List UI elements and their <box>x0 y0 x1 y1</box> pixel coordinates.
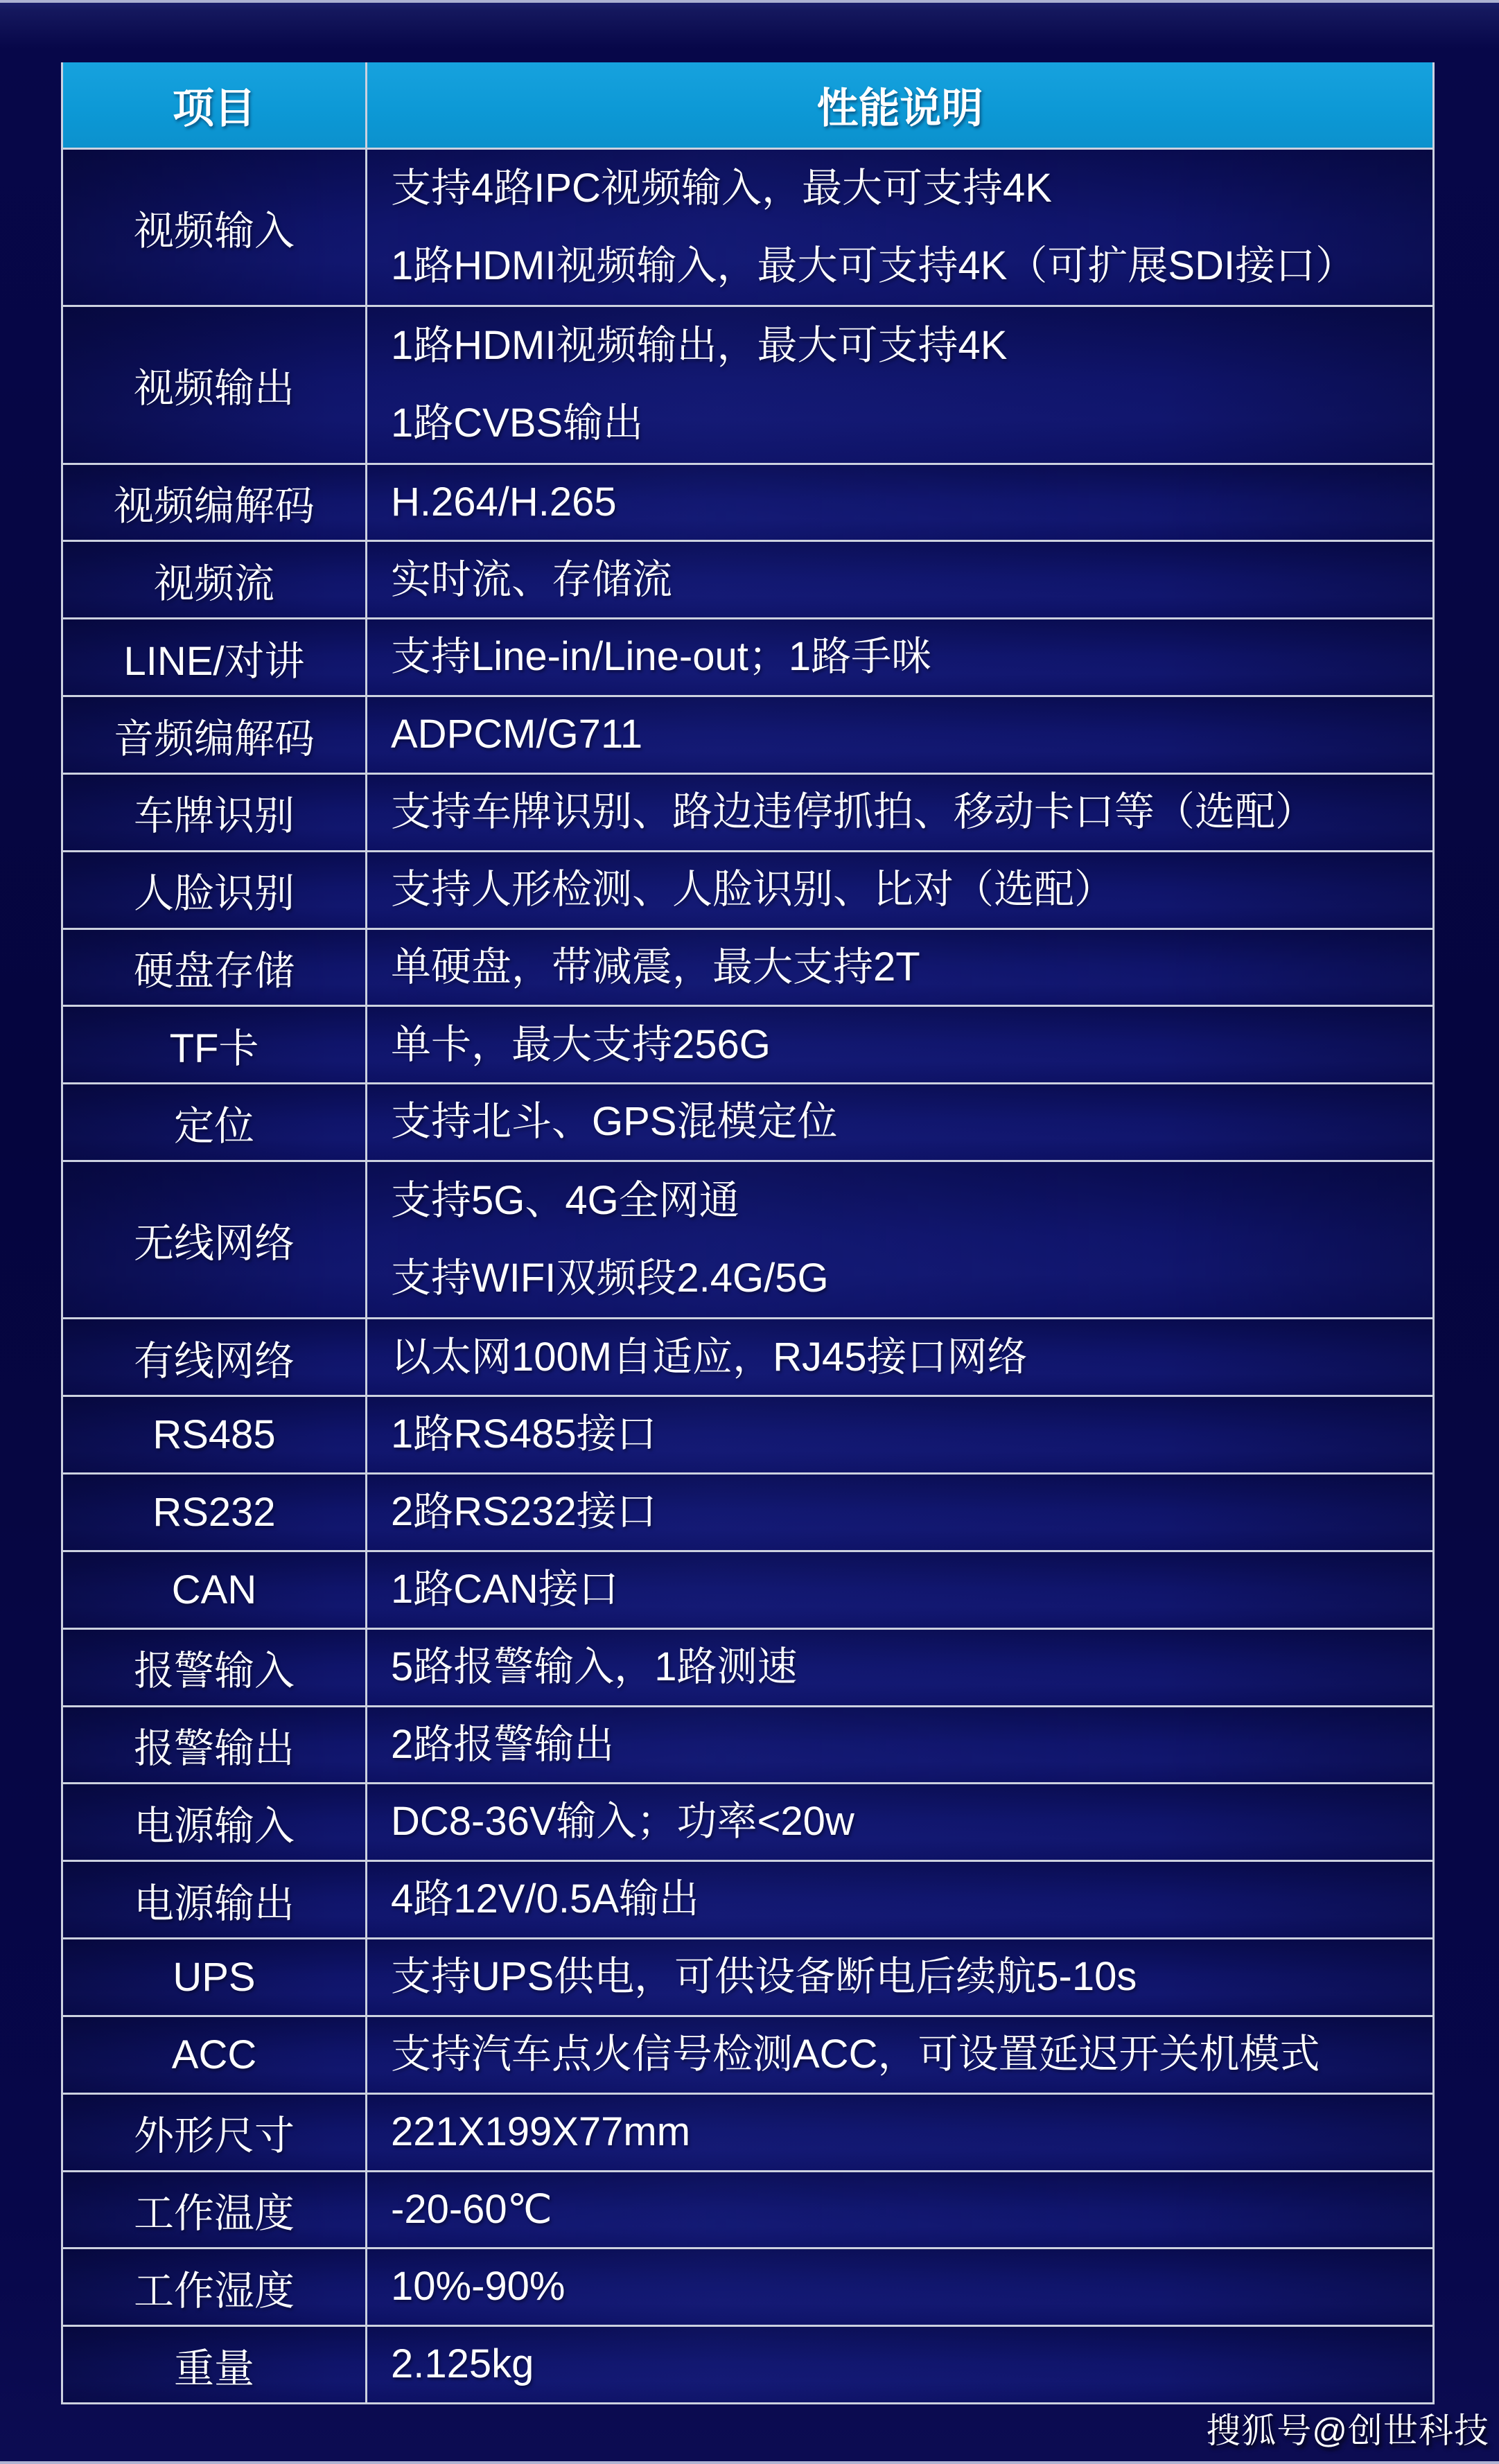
spec-line: 1路CVBS输出 <box>391 401 1424 447</box>
spec-line: 2路报警输出 <box>391 1722 1424 1768</box>
table-row: 外形尺寸221X199X77mm <box>63 2093 1432 2170</box>
item-cell: 人脸识别 <box>63 852 367 928</box>
table-row: 报警输入5路报警输入，1路测速 <box>63 1628 1432 1705</box>
table-row: 视频流实时流、存储流 <box>63 540 1432 617</box>
spec-line: 支持人形检测、人脸识别、比对（选配） <box>391 867 1424 913</box>
item-cell: 报警输出 <box>63 1707 367 1783</box>
item-cell: 无线网络 <box>63 1162 367 1317</box>
spec-cell: 10%-90% <box>367 2249 1432 2325</box>
spec-line: 1路HDMI视频输入，最大可支持4K（可扩展SDI接口） <box>391 243 1424 290</box>
spec-cell: 支持汽车点火信号检测ACC，可设置延迟开关机模式 <box>367 2017 1432 2093</box>
item-cell: RS485 <box>63 1397 367 1472</box>
spec-cell: 2路RS232接口 <box>367 1475 1432 1550</box>
table-row: ACC支持汽车点火信号检测ACC，可设置延迟开关机模式 <box>63 2015 1432 2093</box>
spec-cell: 4路12V/0.5A输出 <box>367 1862 1432 1937</box>
bottom-edge-line <box>0 2461 1499 2464</box>
table-row: RS2322路RS232接口 <box>63 1472 1432 1550</box>
table-row: UPS支持UPS供电，可供设备断电后续航5-10s <box>63 1937 1432 2015</box>
spec-line: 支持UPS供电，可供设备断电后续航5-10s <box>391 1954 1424 2000</box>
spec-line: H.264/H.265 <box>391 479 1424 526</box>
spec-line: 1路CAN接口 <box>391 1567 1424 1613</box>
table-row: TF卡单卡，最大支持256G <box>63 1005 1432 1082</box>
spec-cell: 单硬盘，带减震，最大支持2T <box>367 930 1432 1005</box>
spec-line: 单卡，最大支持256G <box>391 1022 1424 1068</box>
table-row: 人脸识别支持人形检测、人脸识别、比对（选配） <box>63 850 1432 928</box>
spec-cell: 2.125kg <box>367 2327 1432 2402</box>
item-cell: 定位 <box>63 1084 367 1160</box>
table-row: 视频编解码H.264/H.265 <box>63 463 1432 540</box>
table-row: RS4851路RS485接口 <box>63 1395 1432 1472</box>
spec-cell: 单卡，最大支持256G <box>367 1007 1432 1082</box>
item-cell: 工作温度 <box>63 2172 367 2248</box>
spec-cell: 以太网100M自适应，RJ45接口网络 <box>367 1319 1432 1395</box>
top-edge-line <box>0 0 1499 3</box>
watermark-text: 搜狐号@创世科技 <box>1206 2403 1489 2453</box>
item-cell: 外形尺寸 <box>63 2095 367 2170</box>
spec-line: 1路RS485接口 <box>391 1411 1424 1458</box>
item-cell: 车牌识别 <box>63 775 367 850</box>
item-cell: 视频编解码 <box>63 465 367 540</box>
spec-cell: -20-60℃ <box>367 2172 1432 2248</box>
spec-line: 支持Line-in/Line-out；1路手咪 <box>391 634 1424 680</box>
item-cell: 视频输出 <box>63 307 367 462</box>
spec-table: 项目 性能说明 视频输入支持4路IPC视频输入，最大可支持4K1路HDMI视频输… <box>61 62 1435 2404</box>
spec-cell: 支持北斗、GPS混模定位 <box>367 1084 1432 1160</box>
spec-line: 1路HDMI视频输出，最大可支持4K <box>391 323 1424 369</box>
spec-cell: 实时流、存储流 <box>367 542 1432 617</box>
table-row: 车牌识别支持车牌识别、路边违停抓拍、移动卡口等（选配） <box>63 773 1432 850</box>
spec-cell: 5路报警输入，1路测速 <box>367 1630 1432 1705</box>
item-cell: 电源输出 <box>63 1862 367 1937</box>
spec-cell: 支持UPS供电，可供设备断电后续航5-10s <box>367 1939 1432 2015</box>
spec-cell: 1路HDMI视频输出，最大可支持4K1路CVBS输出 <box>367 307 1432 462</box>
table-row: 重量2.125kg <box>63 2325 1432 2402</box>
spec-line: 2路RS232接口 <box>391 1489 1424 1535</box>
table-row: 无线网络支持5G、4G全网通支持WIFI双频段2.4G/5G <box>63 1160 1432 1317</box>
item-cell: 工作湿度 <box>63 2249 367 2325</box>
spec-line: 221X199X77mm <box>391 2109 1424 2156</box>
spec-cell: ADPCM/G711 <box>367 697 1432 773</box>
table-row: 视频输入支持4路IPC视频输入，最大可支持4K1路HDMI视频输入，最大可支持4… <box>63 148 1432 305</box>
table-row: 音频编解码ADPCM/G711 <box>63 695 1432 773</box>
spec-line: 10%-90% <box>391 2264 1424 2310</box>
spec-cell: 221X199X77mm <box>367 2095 1432 2170</box>
item-cell: 音频编解码 <box>63 697 367 773</box>
spec-line: 支持车牌识别、路边违停抓拍、移动卡口等（选配） <box>391 789 1424 836</box>
spec-line: 5路报警输入，1路测速 <box>391 1644 1424 1691</box>
header-cell-item: 项目 <box>63 62 367 148</box>
spec-cell: 2路报警输出 <box>367 1707 1432 1783</box>
item-cell: ACC <box>63 2017 367 2093</box>
table-row: CAN1路CAN接口 <box>63 1550 1432 1628</box>
spec-line: 支持WIFI双频段2.4G/5G <box>391 1256 1424 1302</box>
spec-cell: H.264/H.265 <box>367 465 1432 540</box>
spec-cell: 1路CAN接口 <box>367 1552 1432 1628</box>
header-cell-spec: 性能说明 <box>367 62 1432 148</box>
spec-line: 2.125kg <box>391 2341 1424 2388</box>
spec-line: ADPCM/G711 <box>391 712 1424 758</box>
item-cell: RS232 <box>63 1475 367 1550</box>
spec-cell: 支持4路IPC视频输入，最大可支持4K1路HDMI视频输入，最大可支持4K（可扩… <box>367 150 1432 305</box>
table-row: 工作湿度10%-90% <box>63 2247 1432 2325</box>
spec-line: 支持5G、4G全网通 <box>391 1178 1424 1224</box>
item-cell: 硬盘存储 <box>63 930 367 1005</box>
table-header-row: 项目 性能说明 <box>63 62 1432 148</box>
item-cell: CAN <box>63 1552 367 1628</box>
item-cell: 视频输入 <box>63 150 367 305</box>
spec-cell: 1路RS485接口 <box>367 1397 1432 1472</box>
item-cell: TF卡 <box>63 1007 367 1082</box>
spec-line: 支持北斗、GPS混模定位 <box>391 1099 1424 1145</box>
item-cell: 有线网络 <box>63 1319 367 1395</box>
spec-cell: DC8-36V输入；功率<20w <box>367 1784 1432 1860</box>
spec-line: 支持汽车点火信号检测ACC，可设置延迟开关机模式 <box>391 2032 1424 2078</box>
spec-line: 支持4路IPC视频输入，最大可支持4K <box>391 166 1424 212</box>
table-row: 电源输出4路12V/0.5A输出 <box>63 1860 1432 1937</box>
spec-line: 实时流、存储流 <box>391 557 1424 604</box>
table-row: 电源输入DC8-36V输入；功率<20w <box>63 1782 1432 1860</box>
spec-line: 单硬盘，带减震，最大支持2T <box>391 944 1424 991</box>
item-cell: UPS <box>63 1939 367 2015</box>
table-body: 视频输入支持4路IPC视频输入，最大可支持4K1路HDMI视频输入，最大可支持4… <box>63 148 1432 2402</box>
spec-line: 4路12V/0.5A输出 <box>391 1876 1424 1923</box>
spec-cell: 支持人形检测、人脸识别、比对（选配） <box>367 852 1432 928</box>
table-row: 工作温度-20-60℃ <box>63 2170 1432 2248</box>
table-row: 报警输出2路报警输出 <box>63 1705 1432 1783</box>
spec-cell: 支持5G、4G全网通支持WIFI双频段2.4G/5G <box>367 1162 1432 1317</box>
spec-cell: 支持Line-in/Line-out；1路手咪 <box>367 619 1432 695</box>
item-cell: LINE/对讲 <box>63 619 367 695</box>
spec-line: DC8-36V输入；功率<20w <box>391 1799 1424 1845</box>
table-row: 定位支持北斗、GPS混模定位 <box>63 1082 1432 1160</box>
item-cell: 报警输入 <box>63 1630 367 1705</box>
item-cell: 重量 <box>63 2327 367 2402</box>
spec-line: 以太网100M自适应，RJ45接口网络 <box>391 1335 1424 1381</box>
table-row: 硬盘存储单硬盘，带减震，最大支持2T <box>63 928 1432 1005</box>
spec-cell: 支持车牌识别、路边违停抓拍、移动卡口等（选配） <box>367 775 1432 850</box>
table-row: LINE/对讲支持Line-in/Line-out；1路手咪 <box>63 617 1432 695</box>
table-row: 视频输出1路HDMI视频输出，最大可支持4K1路CVBS输出 <box>63 305 1432 462</box>
table-row: 有线网络以太网100M自适应，RJ45接口网络 <box>63 1317 1432 1395</box>
item-cell: 视频流 <box>63 542 367 617</box>
spec-line: -20-60℃ <box>391 2187 1424 2233</box>
item-cell: 电源输入 <box>63 1784 367 1860</box>
